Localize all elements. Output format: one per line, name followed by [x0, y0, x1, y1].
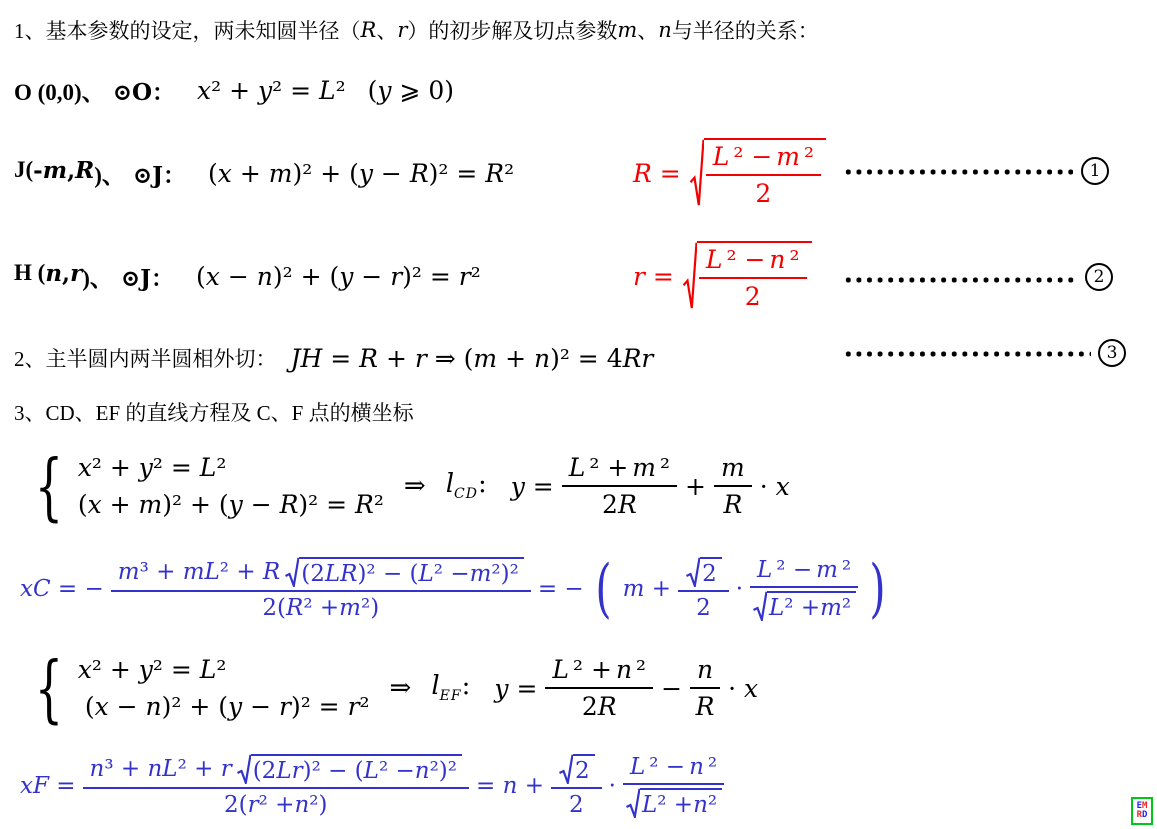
section1-heading: 1、基本参数的设定，两未知圆半径（R、r）的初步解及切点参数 m、n 与半径的关…: [14, 13, 819, 47]
section2-heading: 2、主半圆内两半圆相外切：: [14, 343, 277, 373]
section3-heading: 3、CD、EF 的直线方程及 C、F 点的横坐标: [14, 397, 414, 427]
xc-formula: xC = − m³ + mL² + R (2LR)² − (L² − m²)² …: [20, 545, 890, 633]
heading-text: 、: [637, 15, 658, 45]
system-eq2: (x − n)² + (y − r)² = r²: [78, 692, 370, 721]
circle-symbol-j: ⊙J：: [133, 157, 186, 190]
heading-text: ）的初步解及切点参数: [407, 15, 617, 45]
fraction-numerator: n: [690, 655, 720, 689]
line-eq-tail: · x: [760, 472, 790, 501]
equation-row-o: O (0,0)、 ⊙O： x² + y² = L² (y ⩾ 0): [14, 70, 454, 110]
fraction-denominator: 2(r² + n²): [83, 789, 469, 818]
fraction: n³ + nL² + r (2Lr)² − (L² − n²)² 2(r² + …: [83, 754, 469, 818]
fraction-numerator: L² − m²: [706, 142, 821, 176]
point-coords: n,r: [45, 260, 82, 293]
fraction-numerator: L² − n²: [623, 754, 724, 785]
heading-text: 、: [376, 15, 397, 45]
circle-equation-o: x² + y² = L²: [197, 76, 346, 105]
system-brace: {: [35, 449, 63, 522]
formula-R-lhs: R =: [633, 159, 681, 188]
fraction: L² − n² L² + n²: [623, 754, 724, 818]
tag-number: 3: [1107, 343, 1118, 363]
point-label-text: H (: [14, 260, 45, 293]
fraction: L² − m² L² + m²: [750, 557, 858, 621]
fraction-numerator: L² + m²: [562, 453, 677, 487]
colon: :: [462, 671, 471, 701]
numerator-prefix: m³ + mL² + R: [118, 559, 280, 585]
dotted-leader: [843, 277, 1077, 283]
formula-R: R = L² − m² 2: [633, 136, 826, 210]
radical: L² − m² 2: [689, 138, 826, 208]
system-eq1: x² + y² = L²: [78, 655, 370, 684]
equation-tag-1: 1: [1081, 157, 1109, 185]
equation-row-h: H (n,r)、 ⊙J： (x − n)² + (y − r)² = r²: [14, 240, 481, 312]
radical: (2LR)² − (L² − m²)²: [284, 557, 524, 587]
radical-sign-icon: [752, 591, 767, 621]
fraction-numerator: m³ + mL² + R (2LR)² − (L² − m²)²: [111, 557, 531, 592]
watermark-row: RD: [1137, 811, 1148, 820]
fraction-denominator: 2: [678, 592, 729, 621]
system-ef: { x² + y² = L² (x − n)² + (y − r)² = r² …: [26, 644, 758, 732]
section3-row: 3、CD、EF 的直线方程及 C、F 点的横坐标: [14, 392, 414, 432]
fraction-denominator: L² + m²: [750, 588, 858, 621]
system-equations: x² + y² = L² (x − n)² + (y − r)² = r²: [78, 655, 370, 721]
point-label-j: J(-m,R)、: [14, 157, 125, 190]
xc-lhs: xC = −: [20, 576, 104, 602]
colon: :: [478, 469, 487, 499]
radical: L² + m²: [752, 591, 856, 621]
point-label-o: O (0,0)、: [14, 74, 105, 107]
radical-sign-icon: [236, 754, 251, 784]
circle-equation-j: (x + m)² + (y − R)² = R²: [208, 159, 514, 188]
fraction: 2 2: [551, 754, 602, 818]
heading-text: 1、基本参数的设定，两未知圆半径（: [14, 15, 361, 45]
radical-sign-icon: [689, 138, 704, 208]
system-eq1: x² + y² = L²: [78, 453, 384, 482]
operator: −: [661, 674, 682, 703]
line-eq-lhs: y =: [511, 472, 554, 501]
line-eq-tail: · x: [728, 674, 758, 703]
radicand: L² − n² 2: [697, 241, 812, 311]
fraction: L² + n² 2R: [545, 655, 653, 721]
var-n: n: [658, 18, 672, 42]
math-notes-page: 1、基本参数的设定，两未知圆半径（R、r）的初步解及切点参数 m、n 与半径的关…: [0, 0, 1157, 829]
implies-arrow-icon: ⇒: [404, 471, 426, 501]
fraction: m³ + mL² + R (2LR)² − (L² − m²)² 2(R² + …: [111, 557, 531, 621]
radicand: L² − m² 2: [704, 138, 826, 208]
point-label-text: )、: [82, 260, 113, 293]
line-symbol: l: [446, 469, 454, 499]
radical: L² + n²: [625, 788, 722, 818]
fraction-denominator: 2R: [562, 487, 677, 519]
var-m: m: [617, 18, 637, 42]
fraction-denominator: L² + n²: [623, 785, 724, 818]
line-subscript: EF: [440, 689, 462, 705]
cdot: ·: [736, 576, 743, 602]
radicand: L² + m²: [767, 591, 856, 621]
fraction-numerator: m: [714, 453, 752, 487]
radicand: L² + n²: [640, 788, 722, 818]
implies-arrow-icon: ⇒: [390, 673, 412, 703]
radical: (2Lr)² − (L² − n²)²: [236, 754, 462, 784]
fraction-denominator: 2: [699, 279, 807, 311]
inner-term: m +: [623, 576, 671, 602]
fraction-numerator: 2: [551, 754, 602, 789]
fraction-numerator: n³ + nL² + r (2Lr)² − (L² − n²)²: [83, 754, 469, 789]
tangency-equation: JH = R + r ⇒ (m + n)² = 4Rr: [291, 344, 654, 373]
radicand: (2LR)² − (L² − m²)²: [299, 557, 524, 587]
dotted-leader: [843, 351, 1091, 357]
xf-lhs: xF =: [20, 773, 76, 799]
fraction-denominator: 2: [551, 789, 602, 818]
operator: +: [685, 472, 706, 501]
equation-tag-3: 3: [1098, 339, 1126, 367]
line-label-cd: lCD:: [446, 469, 487, 502]
fraction: L² − m² 2: [706, 142, 821, 208]
point-label-h: H (n,r)、: [14, 260, 113, 293]
tag-number: 1: [1090, 161, 1101, 181]
fraction-denominator: 2R: [545, 689, 653, 721]
circle-symbol-h: ⊙J：: [121, 260, 174, 293]
equals-term: = n +: [476, 773, 544, 799]
dotted-leader: [843, 169, 1073, 175]
formula-r-lhs: r =: [633, 262, 674, 291]
numerator-prefix: n³ + nL² + r: [90, 756, 232, 782]
system-equations: x² + y² = L² (x + m)² + (y − R)² = R²: [78, 453, 384, 519]
fraction-numerator: 2: [678, 557, 729, 592]
system-brace: {: [35, 651, 63, 724]
var-R: R: [361, 18, 377, 42]
fraction-numerator: L² − n²: [699, 245, 807, 279]
fraction-denominator: 2(R² + m²): [111, 592, 531, 621]
equation-tag-2: 2: [1085, 263, 1113, 291]
open-paren: (: [595, 557, 611, 621]
point-label-text: )、: [94, 157, 125, 190]
equation-row-j: J(-m,R)、 ⊙J： (x + m)² + (y − R)² = R²: [14, 137, 514, 209]
radical-sign-icon: [558, 754, 573, 784]
fraction: L² − n² 2: [699, 245, 807, 311]
section2-row: 2、主半圆内两半圆相外切： JH = R + r ⇒ (m + n)² = 4R…: [14, 338, 653, 378]
var-r: r: [397, 18, 407, 42]
heading-text: 与半径的关系：: [672, 15, 819, 45]
fraction-numerator: L² − m²: [750, 557, 858, 588]
radicand: (2Lr)² − (L² − n²)²: [251, 754, 462, 784]
radicand: 2: [573, 754, 595, 784]
line-eq-lhs: y =: [494, 674, 537, 703]
system-eq2: (x + m)² + (y − R)² = R²: [78, 490, 384, 519]
fraction-denominator: R: [714, 487, 752, 519]
watermark-logo: EM RD: [1131, 797, 1153, 825]
fraction-denominator: R: [690, 689, 720, 721]
radical-sign-icon: [685, 557, 700, 587]
formula-r: r = L² − n² 2: [633, 239, 812, 313]
radical-sign-icon: [682, 241, 697, 311]
radical: 2: [685, 557, 722, 587]
radical: 2: [558, 754, 595, 784]
circle-symbol-o: ⊙O：: [113, 74, 175, 107]
line-subscript: CD: [454, 487, 478, 503]
line-label-ef: lEF:: [431, 671, 470, 704]
fraction: m R: [714, 453, 752, 519]
point-coords: -m,R: [33, 157, 94, 190]
radical-sign-icon: [625, 788, 640, 818]
tag-number: 2: [1094, 267, 1105, 287]
system-cd: { x² + y² = L² (x + m)² + (y − R)² = R² …: [26, 442, 790, 530]
fraction: 2 2: [678, 557, 729, 621]
fraction: n R: [690, 655, 720, 721]
radical-sign-icon: [284, 557, 299, 587]
radical: L² − n² 2: [682, 241, 812, 311]
cdot: ·: [609, 773, 616, 799]
radicand: 2: [700, 557, 722, 587]
equals-minus: = −: [538, 576, 584, 602]
point-label-text: J(: [14, 157, 33, 190]
line-symbol: l: [431, 671, 439, 701]
fraction-numerator: L² + n²: [545, 655, 653, 689]
close-paren: ): [870, 557, 886, 621]
fraction-denominator: 2: [706, 176, 821, 208]
circle-equation-h: (x − n)² + (y − r)² = r²: [196, 262, 481, 291]
watermark-letter: D: [1142, 810, 1147, 820]
fraction: L² + m² 2R: [562, 453, 677, 519]
domain-condition: (y ⩾ 0): [368, 76, 454, 105]
xf-formula: xF = n³ + nL² + r (2Lr)² − (L² − n²)² 2(…: [20, 742, 724, 829]
